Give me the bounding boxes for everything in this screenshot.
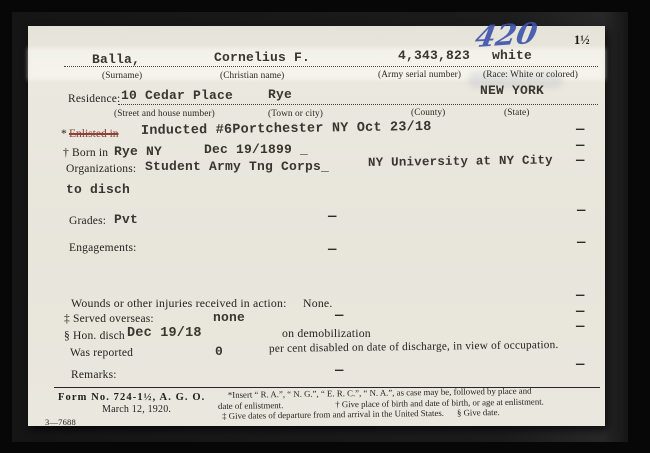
organizations-right-dash: —: [576, 154, 584, 168]
town-label: (Town or city): [268, 109, 323, 119]
organizations-value-2: NY University at NY City: [368, 153, 553, 170]
wounds-right-dash: —: [576, 289, 584, 303]
christian-name-value: Cornelius F.: [214, 50, 310, 65]
was-reported-label: Was reported: [70, 347, 133, 359]
grades-right-dash: —: [577, 204, 585, 218]
organizations-label: Organizations:: [66, 163, 136, 175]
induction-right-dash: —: [576, 123, 584, 137]
footnote-departure: ‡ Give dates of departure from and arriv…: [222, 408, 444, 421]
residence-label: Residence:: [68, 93, 120, 105]
card-tab-number: 1½: [574, 33, 590, 48]
serial-number-label: (Army serial number): [378, 70, 461, 80]
grades-label: Grades:: [69, 215, 106, 227]
christian-name-label: (Christian name): [220, 71, 284, 81]
wounds-label: Wounds or other injuries received in act…: [71, 296, 287, 311]
scan-background: 420 1½ Balla, Cornelius F. 4,343,823 whi…: [0, 0, 650, 453]
disability-percent-value: 0: [215, 344, 223, 359]
induction-value: Inducted #6Portchester NY Oct 23/18: [141, 120, 432, 139]
engagements-mid-dash: —: [328, 243, 336, 257]
form-number: Form No. 724-1½, A. G. O.: [58, 392, 205, 403]
row1-dotted-rule: [64, 66, 598, 67]
service-record-card: 420 1½ Balla, Cornelius F. 4,343,823 whi…: [28, 26, 605, 426]
born-in-label: † Born in: [63, 147, 108, 159]
footnote-gap: [283, 407, 335, 408]
footnotes-block: *Insert “ R. A.”, “ N. G.”, “ E. R. C.”,…: [218, 385, 600, 422]
race-label: (Race: White or colored): [483, 70, 578, 80]
surname-label: (Surname): [102, 71, 142, 81]
race-value: white: [492, 48, 532, 63]
demobilization-note: on demobilization: [282, 326, 371, 341]
remarks-right-dash: —: [576, 358, 584, 372]
surname-value: Balla,: [92, 52, 140, 67]
organizations-value-1: Student Army Tng Corps_: [145, 159, 329, 174]
print-code: 3—7688: [45, 417, 76, 427]
grades-mid-dash: —: [328, 210, 336, 224]
engagements-label: Engagements:: [69, 242, 137, 254]
hon-discharge-label: § Hon. disch: [64, 330, 125, 342]
state-label: (State): [504, 108, 529, 118]
footnote-give-date: § Give date.: [457, 407, 500, 418]
grades-value: Pvt: [114, 212, 138, 227]
organizations-continuation: to disch: [66, 182, 130, 197]
town-value: Rye: [268, 87, 292, 102]
induction-asterisk: *: [61, 128, 67, 140]
row2-dotted-rule: [118, 104, 598, 105]
street-value: 10 Cedar Place: [121, 88, 233, 103]
street-label: (Street and house number): [114, 109, 215, 119]
born-right-dash: —: [576, 139, 584, 153]
county-label: (County): [411, 108, 445, 118]
remarks-mid-dash: —: [335, 364, 343, 378]
discharge-right-dash: —: [576, 320, 584, 334]
serial-number-value: 4,343,823: [398, 48, 470, 63]
footnote-enlistment: date of enlistment.: [218, 400, 283, 411]
state-value: NEW YORK: [480, 83, 544, 98]
form-date: March 12, 1920.: [102, 404, 171, 415]
remarks-label: Remarks:: [71, 369, 117, 381]
overseas-right-dash: —: [576, 305, 584, 319]
born-date-value: Dec 19/1899 _: [204, 142, 308, 157]
disability-note: per cent disabled on date of discharge, …: [269, 339, 559, 355]
served-overseas-label: ‡ Served overseas:: [64, 313, 154, 325]
wounds-value: None.: [303, 296, 333, 311]
engagements-right-dash: —: [577, 236, 585, 250]
born-place-value: Rye NY: [114, 144, 162, 159]
overseas-mid-dash: —: [335, 309, 343, 323]
enlisted-in-struck-label: Enlisted in: [69, 128, 119, 140]
served-overseas-value: none: [213, 310, 245, 325]
hon-discharge-date-value: Dec 19/18: [127, 326, 202, 341]
